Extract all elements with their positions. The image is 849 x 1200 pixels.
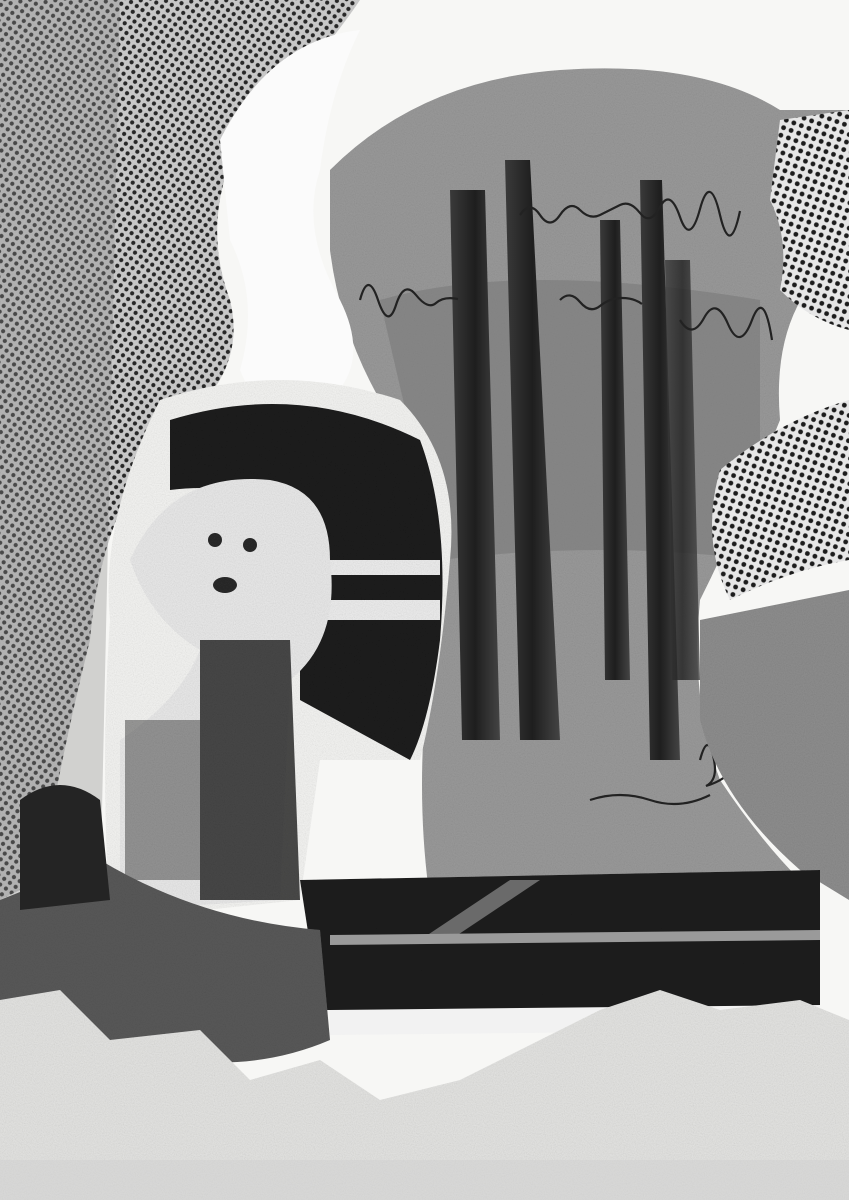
collage-drawing <box>0 0 849 1200</box>
collage-artwork: Black and white collage with rubbing tex… <box>0 0 849 1200</box>
bear-figure <box>105 380 451 920</box>
